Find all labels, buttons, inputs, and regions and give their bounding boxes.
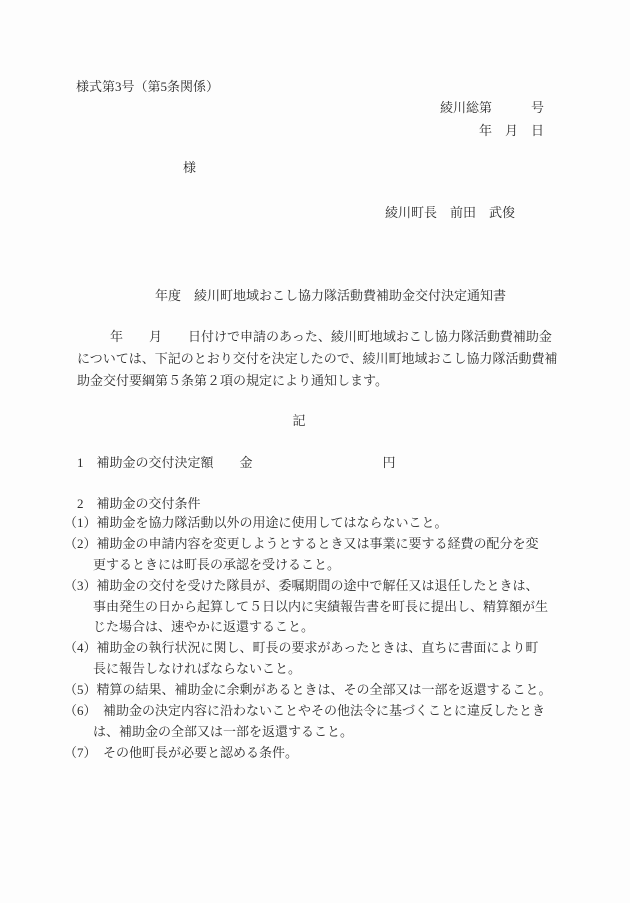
body-line: 助金交付要綱第５条第２項の規定により通知します。 [77, 370, 557, 392]
ki-marker: 記 [0, 414, 598, 427]
sender-name: 綾川町長 前田 武俊 [385, 206, 515, 219]
condition-line: （2）補助金の申請内容を変更しようとするとき又は事業に要する経費の配分を変 [64, 534, 552, 555]
condition-line: （4）補助金の執行状況に関し、町長の要求があったときは、直ちに書面により町 [64, 638, 552, 659]
document-number-line: 綾川総第 号 [440, 101, 544, 114]
body-paragraph: 年 月 日付けで申請のあった、綾川町地域おこし協力隊活動費補助金については、下記… [77, 326, 557, 391]
grant-amount-line: 1 補助金の交付決定額 金 円 [77, 456, 396, 469]
conditions-list: （1）補助金を協力隊活動以外の用途に使用してはならないこと。（2）補助金の申請内… [64, 513, 552, 764]
form-number: 様式第3号（第5条関係） [76, 80, 219, 93]
condition-line: は、補助金の全部又は一部を返還すること。 [93, 722, 552, 743]
addressee-suffix: 様 [183, 161, 196, 174]
condition-line: （3）補助金の交付を受けた隊員が、委嘱期間の途中で解任又は退任したときは、 [64, 576, 552, 597]
date-line: 年 月 日 [479, 124, 544, 137]
condition-line: じた場合は、速やかに返還すること。 [93, 617, 552, 638]
condition-line: （1）補助金を協力隊活動以外の用途に使用してはならないこと。 [64, 513, 552, 534]
document-page: 様式第3号（第5条関係） 綾川総第 号 年 月 日 様 綾川町長 前田 武俊 年… [0, 0, 630, 903]
document-title: 年度 綾川町地域おこし協力隊活動費補助金交付決定通知書 [155, 289, 506, 302]
conditions-heading: 2 補助金の交付条件 [77, 497, 201, 510]
condition-line: （7） その他町長が必要と認める条件。 [64, 743, 552, 764]
condition-line: 事由発生の日から起算して５日以内に実績報告書を町長に提出し、精算額が生 [93, 597, 552, 618]
condition-line: （6） 補助金の決定内容に沿わないことやその他法令に基づくことに違反したとき [64, 701, 552, 722]
condition-line: 更するときには町長の承認を受けること。 [93, 555, 552, 576]
body-line: については、下記のとおり交付を決定したので、綾川町地域おこし協力隊活動費補 [77, 348, 557, 370]
body-line: 年 月 日付けで申請のあった、綾川町地域おこし協力隊活動費補助金 [110, 326, 557, 348]
condition-line: 長に報告しなければならないこと。 [93, 659, 552, 680]
condition-line: （5）精算の結果、補助金に余剰があるときは、その全部又は一部を返還すること。 [64, 680, 552, 701]
